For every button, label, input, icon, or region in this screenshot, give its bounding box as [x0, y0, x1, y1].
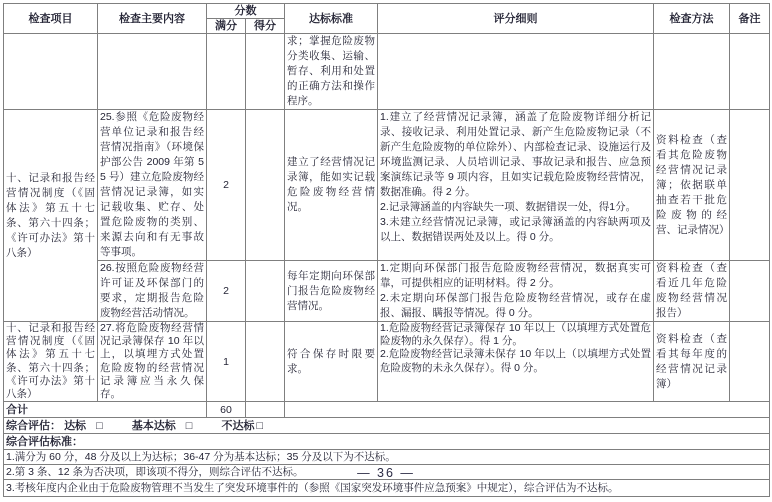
- total-got-score: [246, 402, 285, 418]
- criteria-item-1: 1.满分为 60 分，48 分及以上为达标；36-47 分为基本达标；35 分及…: [4, 450, 770, 465]
- cell-full-27: 1: [207, 322, 246, 402]
- cell-standard-cont: 求；掌握危险废物分类收集、运输、暂存、利用和处置的正确方法和操作程序。: [285, 34, 378, 110]
- col-header-method: 检查方法: [654, 4, 730, 34]
- evaluation-row: 综合评估： 达标□ 基本达标□ 不达标□: [4, 418, 770, 434]
- col-header-content: 检查主要内容: [98, 4, 207, 34]
- total-full-score: 60: [207, 402, 246, 418]
- checkbox-pass[interactable]: □: [96, 420, 103, 432]
- cell-got-cont: [246, 34, 285, 110]
- cell-standard-26: 每年定期向环保部门报告危险废物经营情况。: [285, 261, 378, 322]
- cell-rules-cont: [378, 34, 654, 110]
- page-number: — 36 —: [0, 466, 772, 480]
- cell-got-26: [246, 261, 285, 322]
- criteria-item-3: 3.考核年度内企业由于危险废物管理不当发生了突发环境事件的（参照《国家突发环境事…: [4, 480, 770, 497]
- cell-note-cont: [730, 34, 770, 110]
- cell-rules-25: 1.建立了经营情况记录簿，涵盖了危险废物详细分析记录、接收记录、利用处置记录、新…: [378, 110, 654, 261]
- cell-got-27: [246, 322, 285, 402]
- cell-content-cont: [98, 34, 207, 110]
- cell-note-27: [730, 322, 770, 402]
- cell-content-27: 27.将危险废物经营情况记录簿保存 10 年以上，以填埋方式处置危险废物的经营情…: [98, 322, 207, 402]
- inspection-table: 检查项目 检查主要内容 分数 达标标准 评分细则 检查方法 备注 满分 得分 求…: [3, 3, 770, 497]
- cell-got-25: [246, 110, 285, 261]
- total-label: 合计: [4, 402, 207, 418]
- cell-full-26: 2: [207, 261, 246, 322]
- cell-note-26: [730, 261, 770, 322]
- cell-standard-27: 符合保存时限要求。: [285, 322, 378, 402]
- cell-rules-26: 1.定期向环保部门报告危险废物经营情况，数据真实可靠，可提供相应的证明材料。得 …: [378, 261, 654, 322]
- total-empty: [285, 402, 770, 418]
- checkbox-fail[interactable]: □: [257, 420, 264, 432]
- checkbox-basic-pass[interactable]: □: [186, 420, 193, 432]
- col-header-note: 备注: [730, 4, 770, 34]
- evaluation-label: 综合评估：: [6, 420, 61, 432]
- evaluation-option-fail: 不达标: [222, 420, 255, 432]
- cell-content-26: 26.按照危险废物经营许可证及环保部门的要求，定期报告危险废物经营活动情况。: [98, 261, 207, 322]
- cell-full-cont: [207, 34, 246, 110]
- cell-content-25: 25.参照《危险废物经营单位记录和报告经营情况指南》（环境保护部公告 2009 …: [98, 110, 207, 261]
- cell-method-27: 资料检查（查看其每年度的经营情况记录簿）: [654, 322, 730, 402]
- cell-method-26: 资料检查（查看近几年危险废物经营情况报告）: [654, 261, 730, 322]
- col-header-got-score: 得分: [246, 19, 285, 34]
- evaluation-option-basic-pass: 基本达标: [132, 420, 176, 432]
- col-header-score: 分数: [207, 4, 285, 19]
- cell-method-cont: [654, 34, 730, 110]
- cell-standard-25: 建立了经营情况记录簿，能如实记载危险废物经营情况。: [285, 110, 378, 261]
- criteria-title: 综合评估标准：: [4, 434, 770, 450]
- cell-item-25-26: 十、记录和报告经营情况制度（《固体法》第五十七条、第六十四条；《许可办法》第十八…: [4, 110, 98, 322]
- evaluation-option-pass: 达标: [64, 420, 86, 432]
- cell-item-cont: [4, 34, 98, 110]
- cell-rules-27: 1.危险废物经营记录簿保存 10 年以上（以填埋方式处置危险废物的永久保存）。得…: [378, 322, 654, 402]
- col-header-rules: 评分细则: [378, 4, 654, 34]
- col-header-full-score: 满分: [207, 19, 246, 34]
- cell-note-25: [730, 110, 770, 261]
- cell-method-25: 资料检查（查看其危险废物经营情况记录簿；依据联单抽查若干批危险废物的经营、记录情…: [654, 110, 730, 261]
- cell-item-27: 十、记录和报告经营情况制度（《固体法》第五十七条、第六十四条；《许可办法》第十八…: [4, 322, 98, 402]
- col-header-standard: 达标标准: [285, 4, 378, 34]
- cell-full-25: 2: [207, 110, 246, 261]
- col-header-item: 检查项目: [4, 4, 98, 34]
